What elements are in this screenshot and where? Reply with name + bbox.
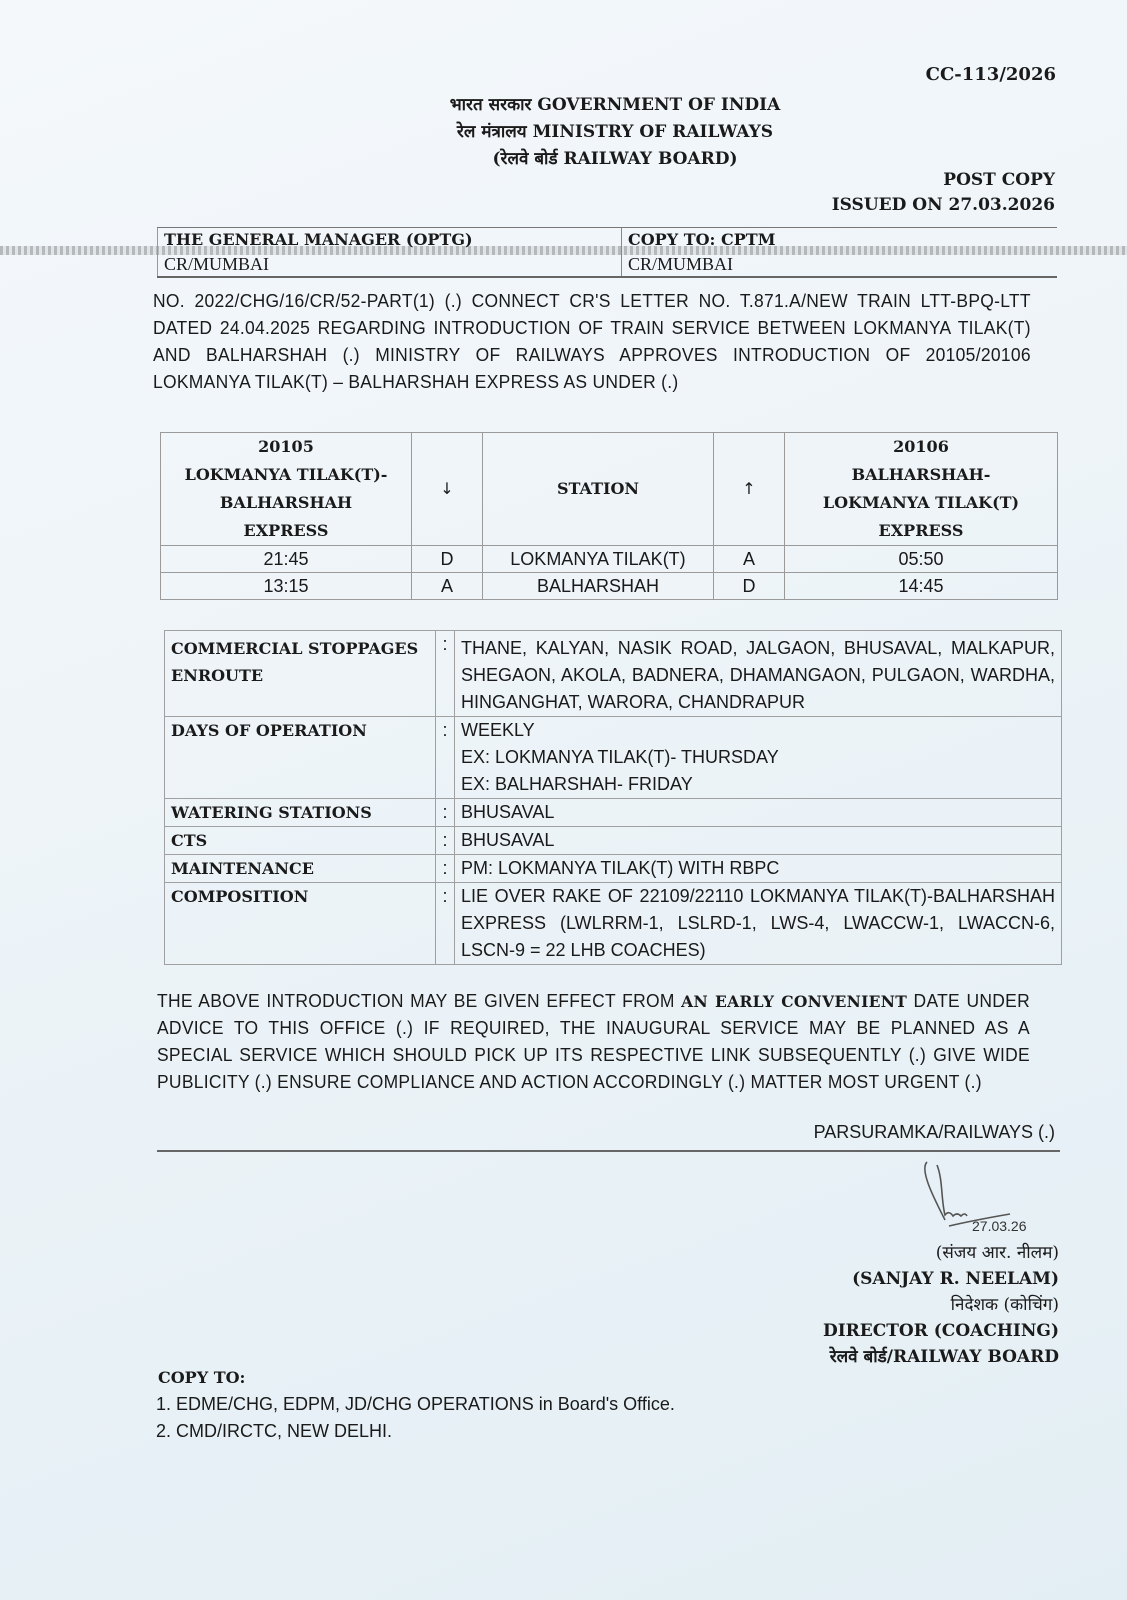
up-flag: D [714,573,785,600]
detail-colon: : [436,827,455,855]
detail-row-watering: WATERING STATIONS : BHUSAVAL [165,799,1062,827]
detail-value: BHUSAVAL [455,799,1062,827]
station-name: BALHARSHAH [483,573,714,600]
down-time: 13:15 [161,573,412,600]
copy-to-title: COPY TO: [158,1364,675,1391]
addressee-to: THE GENERAL MANAGER (OPTG) [157,228,622,252]
detail-row-maintenance: MAINTENANCE : PM: LOKMANYA TILAK(T) WITH… [165,855,1062,883]
issued-date: ISSUED ON 27.03.2026 [832,193,1055,218]
down-flag: A [412,573,483,600]
table-row: 13:15 A BALHARSHAH D 14:45 [161,573,1058,600]
intro-paragraph: NO. 2022/CHG/16/CR/52-PART(1) (.) CONNEC… [153,288,1031,396]
list-item: CMD/IRCTC, NEW DELHI. [176,1418,675,1445]
signatory-office: रेलवे बोर्ड/RAILWAY BOARD [823,1344,1059,1370]
detail-label: WATERING STATIONS [165,799,436,827]
telegraphic-signature: PARSURAMKA/RAILWAYS (.) [814,1122,1055,1143]
header-station: STATION [483,433,714,546]
header-down-train: 20105 LOKMANYA TILAK(T)- BALHARSHAH EXPR… [161,433,412,546]
detail-row-days: DAYS OF OPERATION : WEEKLY EX: LOKMANYA … [165,717,1062,799]
detail-colon: : [436,631,455,717]
detail-colon: : [436,883,455,965]
up-time: 14:45 [785,573,1058,600]
days-frequency: WEEKLY [461,717,1055,744]
station-name: LOKMANYA TILAK(T) [483,546,714,573]
detail-value: LIE OVER RAKE OF 22109/22110 LOKMANYA TI… [455,883,1062,965]
details-table: COMMERCIAL STOPPAGES ENROUTE : THANE, KA… [164,630,1062,965]
divider [157,1150,1060,1152]
detail-row-stoppages: COMMERCIAL STOPPAGES ENROUTE : THANE, KA… [165,631,1062,717]
addressee-copy-place: CR/MUMBAI [622,252,1057,276]
header-up-train: 20106 BALHARSHAH- LOKMANYA TILAK(T) EXPR… [785,433,1058,546]
days-ex-return: EX: BALHARSHAH- FRIDAY [461,771,1055,798]
signatory-block: (संजय आर. नीलम) (SANJAY R. NEELAM) निदेश… [823,1240,1059,1370]
detail-value: PM: LOKMANYA TILAK(T) WITH RBPC [455,855,1062,883]
closing-part1: THE ABOVE INTRODUCTION MAY BE GIVEN EFFE… [157,991,681,1011]
copy-to-section: COPY TO: EDME/CHG, EDPM, JD/CHG OPERATIO… [158,1364,675,1445]
down-flag: D [412,546,483,573]
detail-colon: : [436,799,455,827]
closing-emphasis: AN EARLY CONVENIENT [681,992,907,1011]
detail-value: BHUSAVAL [455,827,1062,855]
detail-label: DAYS OF OPERATION [165,717,436,799]
detail-value: WEEKLY EX: LOKMANYA TILAK(T)- THURSDAY E… [455,717,1062,799]
detail-label: MAINTENANCE [165,855,436,883]
letterhead-ministry: रेल मंत्रालय MINISTRY OF RAILWAYS [320,119,910,146]
detail-colon: : [436,855,455,883]
addressee-table: THE GENERAL MANAGER (OPTG) COPY TO: CPTM… [157,227,1057,278]
signatory-designation: DIRECTOR (COACHING) [823,1318,1059,1344]
detail-label: CTS [165,827,436,855]
signature-date: 27.03.26 [972,1218,1027,1234]
signatory-name-hindi: (संजय आर. नीलम) [823,1240,1059,1266]
addressee-to-place: CR/MUMBAI [157,252,622,276]
closing-paragraph: THE ABOVE INTRODUCTION MAY BE GIVEN EFFE… [157,988,1030,1096]
detail-value: THANE, KALYAN, NASIK ROAD, JALGAON, BHUS… [455,631,1062,717]
list-item: EDME/CHG, EDPM, JD/CHG OPERATIONS in Boa… [176,1391,675,1418]
down-time: 21:45 [161,546,412,573]
letterhead: भारत सरकार GOVERNMENT OF INDIA रेल मंत्र… [320,92,910,173]
up-flag: A [714,546,785,573]
letterhead-government: भारत सरकार GOVERNMENT OF INDIA [320,92,910,119]
up-time: 05:50 [785,546,1058,573]
reference-code: CC-113/2026 [0,64,1056,85]
days-ex-origin: EX: LOKMANYA TILAK(T)- THURSDAY [461,744,1055,771]
down-arrow-icon: ↓ [412,433,483,546]
letterhead-board: (रेलवे बोर्ड RAILWAY BOARD) [320,146,910,173]
copy-type: POST COPY [832,168,1055,193]
timetable: 20105 LOKMANYA TILAK(T)- BALHARSHAH EXPR… [160,432,1058,600]
signatory-designation-hindi: निदेशक (कोचिंग) [823,1292,1059,1318]
table-row: 21:45 D LOKMANYA TILAK(T) A 05:50 [161,546,1058,573]
up-arrow-icon: ↑ [714,433,785,546]
detail-row-composition: COMPOSITION : LIE OVER RAKE OF 22109/221… [165,883,1062,965]
copy-to-list: EDME/CHG, EDPM, JD/CHG OPERATIONS in Boa… [158,1391,675,1445]
detail-label: COMPOSITION [165,883,436,965]
signatory-name: (SANJAY R. NEELAM) [823,1266,1059,1292]
detail-colon: : [436,717,455,799]
detail-row-cts: CTS : BHUSAVAL [165,827,1062,855]
addressee-copy: COPY TO: CPTM [622,228,1057,252]
issue-info: POST COPY ISSUED ON 27.03.2026 [832,168,1055,218]
detail-label: COMMERCIAL STOPPAGES ENROUTE [165,631,436,717]
